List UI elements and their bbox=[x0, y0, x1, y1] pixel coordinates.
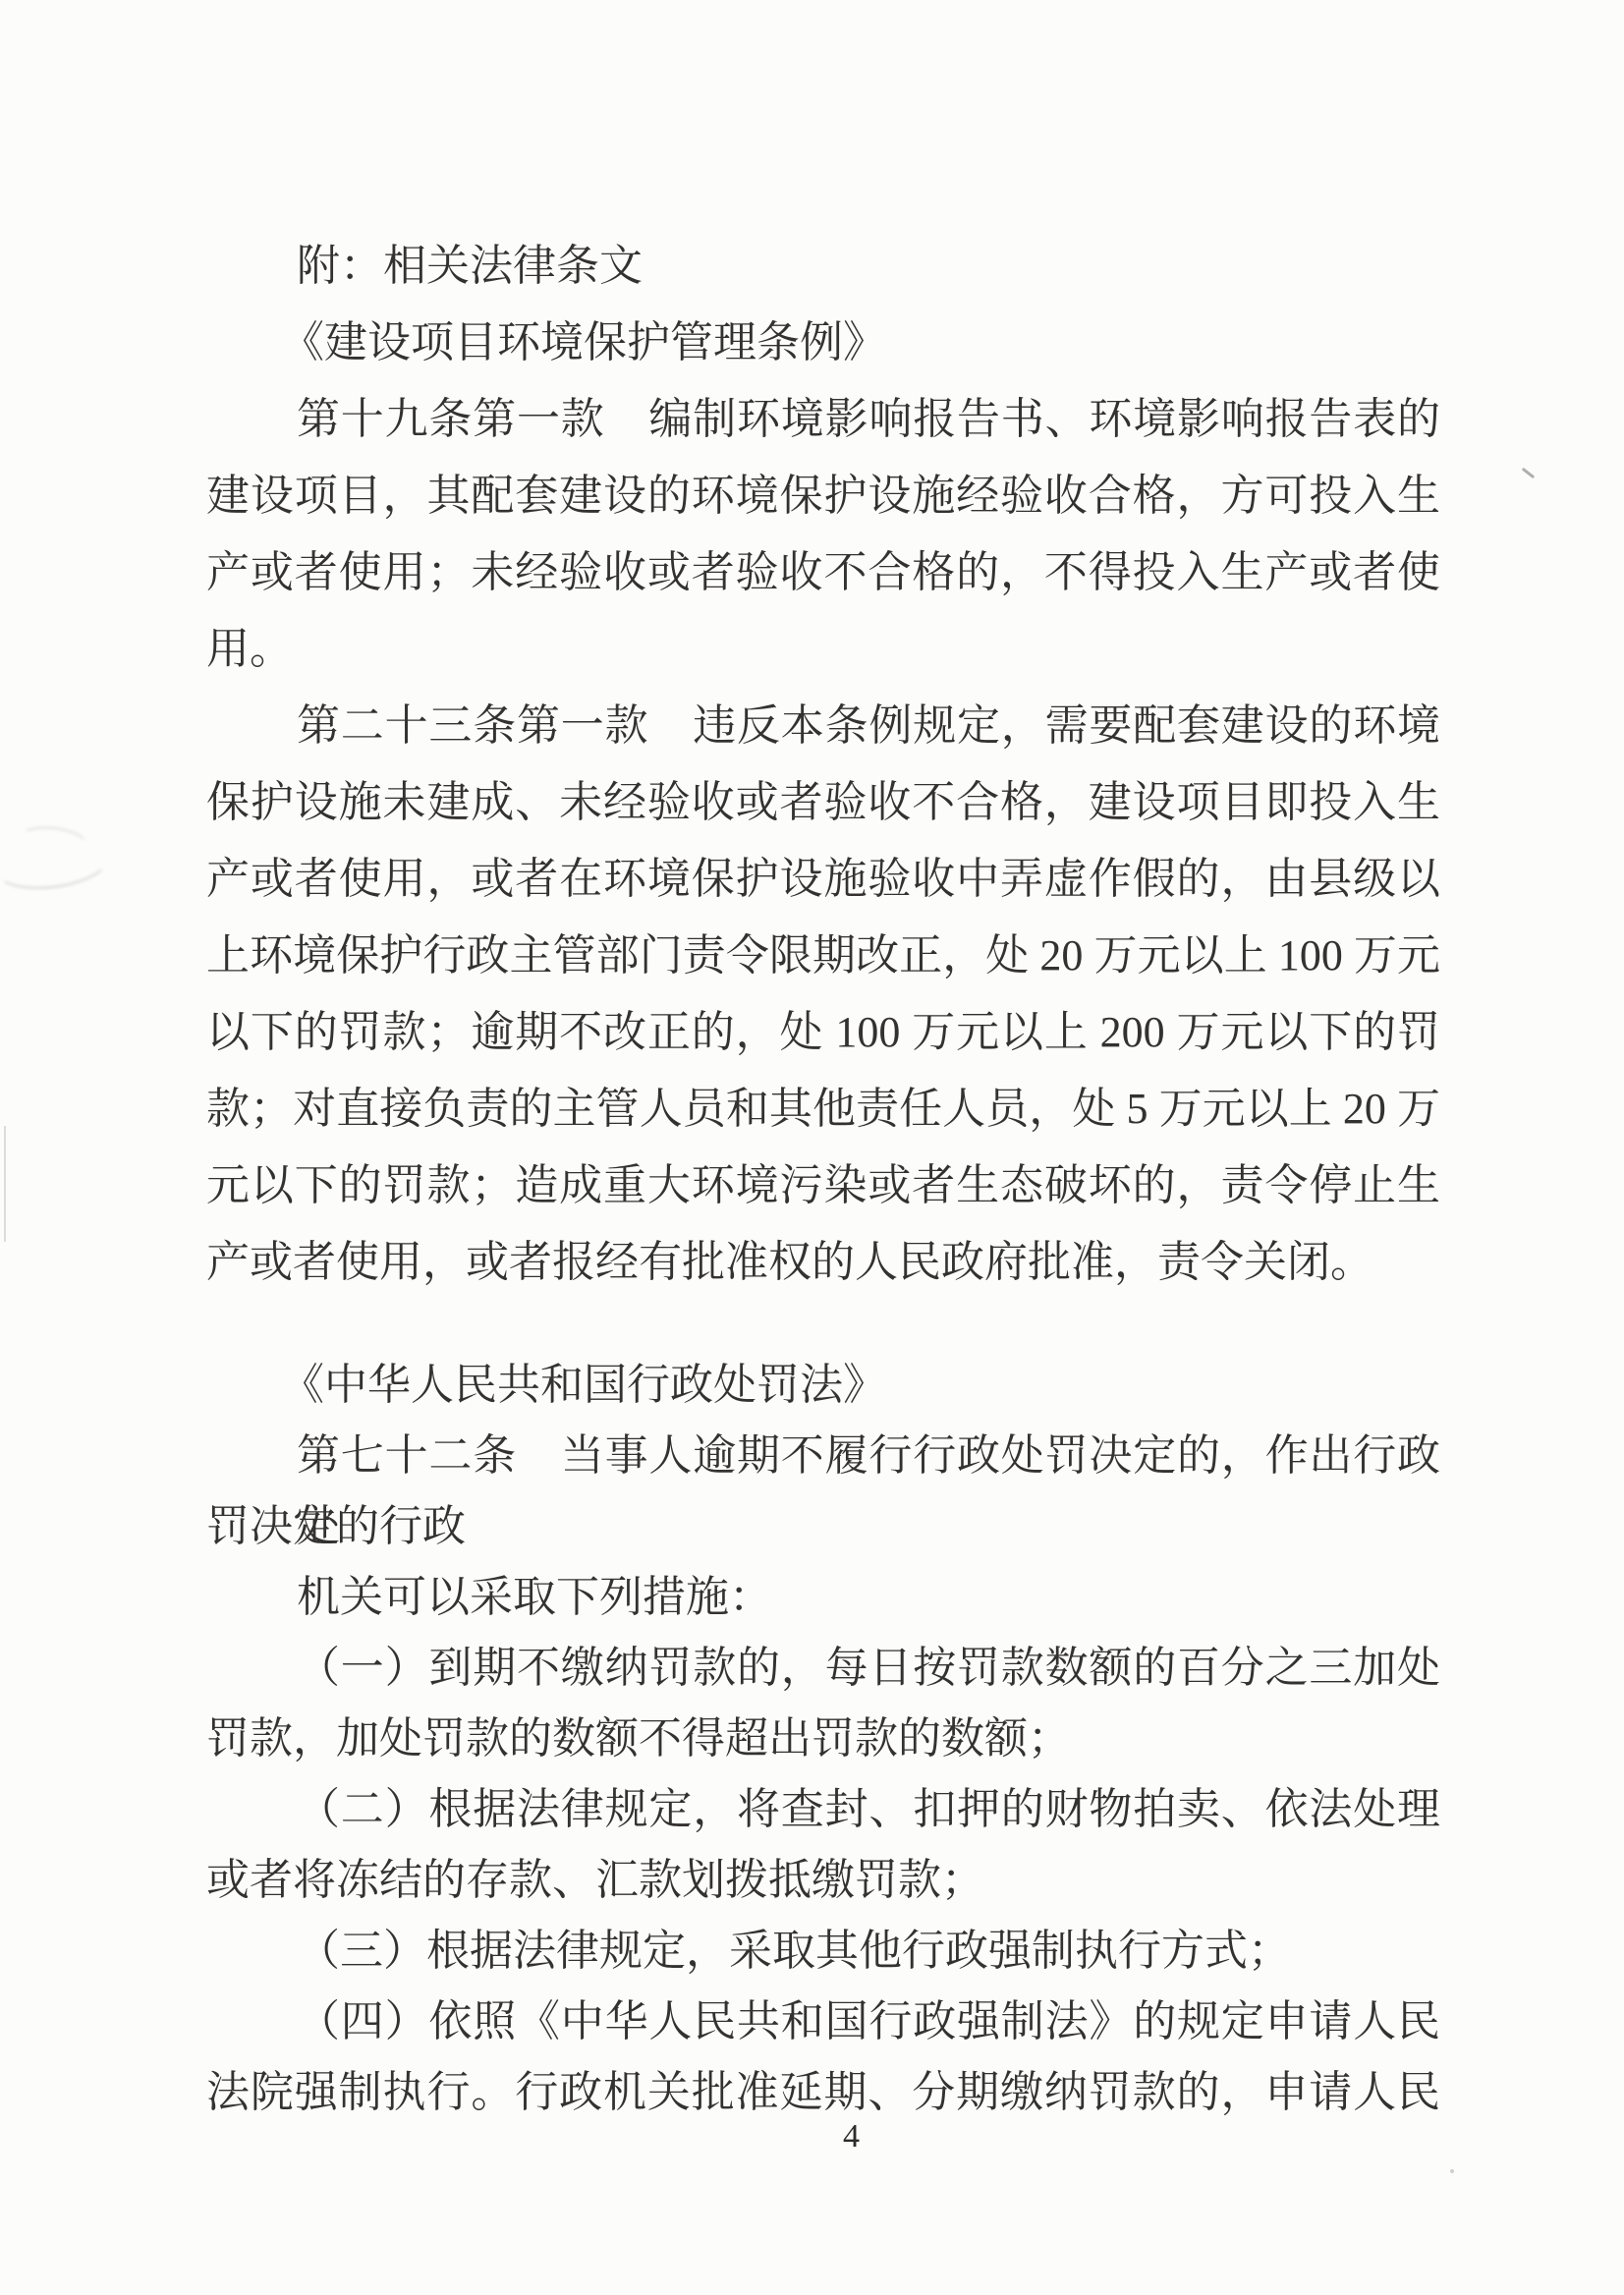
document-line: 以下的罚款；逾期不改正的，处 100 万元以上 200 万元以下的罚 bbox=[206, 994, 1440, 1071]
document-line: 法院强制执行。行政机关批准延期、分期缴纳罚款的，申请人民 bbox=[206, 2057, 1440, 2128]
scan-line-artifact bbox=[4, 1126, 6, 1242]
document-line: 机关可以采取下列措施： bbox=[206, 1562, 1440, 1633]
document-line: 建设项目，其配套建设的环境保护设施经验收合格，方可投入生 bbox=[206, 458, 1440, 534]
legal-text-section-regulations: 附：相关法律条文 《建设项目环境保护管理条例》 第十九条第一款 编制环境影响报告… bbox=[206, 228, 1440, 1301]
scan-dot-artifact bbox=[1450, 2169, 1454, 2173]
document-line: 用。 bbox=[206, 611, 1440, 688]
document-title-line: 《中华人民共和国行政处罚法》 bbox=[206, 1350, 1440, 1421]
document-line: （二）根据法律规定，将查封、扣押的财物拍卖、依法处理 bbox=[206, 1774, 1440, 1845]
document-line: 上环境保护行政主管部门责令限期改正，处 20 万元以上 100 万元 bbox=[206, 918, 1440, 994]
document-title-line: 《建设项目环境保护管理条例》 bbox=[206, 305, 1440, 381]
document-line: 款；对直接负责的主管人员和其他责任人员，处 5 万元以上 20 万 bbox=[206, 1071, 1440, 1147]
legal-text-section-penalty-law: 《中华人民共和国行政处罚法》 第七十二条 当事人逾期不履行行政处罚决定的，作出行… bbox=[206, 1350, 1440, 2128]
document-line: 产或者使用，或者在环境保护设施验收中弄虚作假的，由县级以 bbox=[206, 841, 1440, 918]
document-line: 第二十三条第一款 违反本条例规定，需要配套建设的环境 bbox=[206, 688, 1440, 764]
ink-tick-artifact bbox=[1522, 468, 1536, 479]
document-line: 或者将冻结的存款、汇款划拨抵缴罚款； bbox=[206, 1845, 1440, 1916]
document-line: （三）根据法律规定，采取其他行政强制执行方式； bbox=[206, 1916, 1440, 1987]
page-number: 4 bbox=[843, 2118, 860, 2155]
document-line: 保护设施未建成、未经验收或者验收不合格，建设项目即投入生 bbox=[206, 764, 1440, 841]
document-line: 罚决定的行政 bbox=[206, 1491, 1440, 1562]
document-line: 产或者使用，或者报经有批准权的人民政府批准，责令关闭。 bbox=[206, 1224, 1440, 1301]
document-line: 产或者使用；未经验收或者验收不合格的，不得投入生产或者使 bbox=[206, 534, 1440, 611]
document-line: （四）依照《中华人民共和国行政强制法》的规定申请人民 bbox=[206, 1987, 1440, 2057]
document-line: 罚款，加处罚款的数额不得超出罚款的数额； bbox=[206, 1704, 1440, 1774]
document-line: 附：相关法律条文 bbox=[206, 228, 1440, 305]
scanned-document-page: 附：相关法律条文 《建设项目环境保护管理条例》 第十九条第一款 编制环境影响报告… bbox=[0, 0, 1624, 2295]
document-line: 元以下的罚款；造成重大环境污染或者生态破坏的，责令停止生 bbox=[206, 1147, 1440, 1224]
document-line: 第七十二条 当事人逾期不履行行政处罚决定的，作出行政处 bbox=[206, 1421, 1440, 1491]
document-line: 第十九条第一款 编制环境影响报告书、环境影响报告表的 bbox=[206, 381, 1440, 458]
document-line: （一）到期不缴纳罚款的，每日按罚款数额的百分之三加处 bbox=[206, 1633, 1440, 1704]
